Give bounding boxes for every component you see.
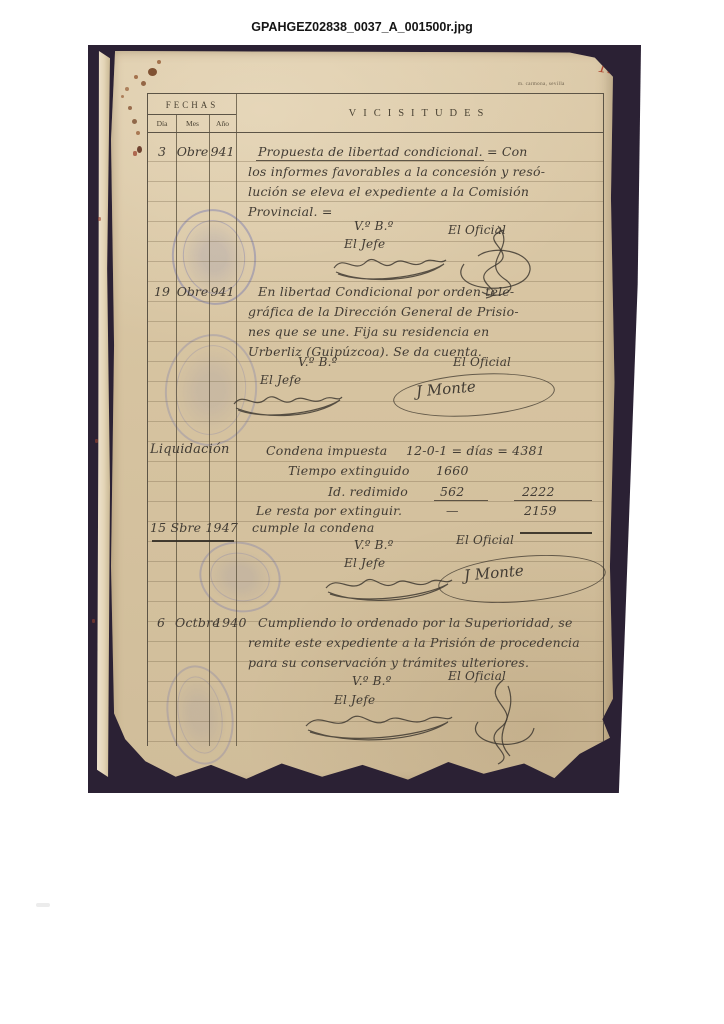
liq-total: 2159: [524, 501, 557, 521]
entry4-vb: V.º B.º: [352, 671, 392, 691]
entry2-dia: 19: [148, 282, 176, 302]
red-speck: [98, 217, 101, 221]
header-ano: Año: [209, 114, 236, 132]
signature-rubric: [228, 386, 348, 420]
entry1-dia: 3: [148, 142, 176, 162]
stain-dot: [157, 60, 161, 64]
stain-dot: [125, 87, 129, 91]
entry3-fecha: 15 Sbre 1947: [150, 518, 238, 538]
printer-mark: m. carmona, sevilla: [518, 82, 565, 87]
header-fechas: FECHAS: [148, 94, 236, 114]
entry2-line: gráfica de la Dirección General de Prisi…: [248, 302, 600, 322]
entry2-text: En libertad Condicional por orden tele- …: [248, 282, 600, 362]
liq-valor: 1660: [436, 461, 469, 481]
entry3-oficial: El Oficial: [456, 530, 514, 550]
stain-dot: [121, 95, 124, 98]
image-filename: GPAHGEZ02838_0037_A_001500r.jpg: [0, 20, 724, 34]
scanned-document: m. carmona, sevilla: [88, 45, 641, 793]
adjacent-page-edge: [97, 51, 110, 777]
vicisitudes-table: FECHAS VICISITUDES Día Mes Año 3 Obre 94…: [147, 93, 604, 746]
liq-valor: 562: [440, 482, 464, 502]
entry3-vb: V.º B.º: [354, 535, 394, 555]
red-speck: [92, 619, 95, 623]
column-divider: [176, 114, 177, 746]
entry2-vb: V.º B.º: [298, 352, 338, 372]
entry1-mes: Obre: [176, 142, 209, 162]
liq-total: 2222: [522, 482, 555, 502]
signature-rubric: [318, 568, 458, 604]
entry2-mes: Obre: [176, 282, 209, 302]
liq-concepto: Id. redimido: [328, 482, 408, 502]
entry1-line: Propuesta de libertad condicional. = Con: [248, 142, 600, 162]
entry2-line: En libertad Condicional por orden tele-: [248, 282, 600, 302]
stain-dot: [128, 106, 132, 110]
column-divider: [209, 114, 210, 746]
ink-stroke: [152, 540, 234, 542]
liq-valor: —: [446, 501, 459, 521]
red-speck: [133, 151, 137, 156]
entry1-line: lución se eleva el expediente a la Comis…: [248, 182, 600, 202]
entry2-line: nes que se une. Fija su residencia en: [248, 322, 600, 342]
signature-rubric: [298, 704, 458, 744]
entry1-vb: V.º B.º: [354, 216, 394, 236]
underline: [256, 160, 484, 161]
column-divider: [236, 94, 237, 746]
header-vicisitudes: VICISITUDES: [236, 94, 603, 132]
folio-number: 15: [597, 58, 618, 78]
signature-flourish: [448, 676, 548, 771]
entry4-line: Cumpliendo lo ordenado por la Superiorid…: [248, 613, 600, 633]
stain-dot: [134, 75, 138, 79]
document-paper: m. carmona, sevilla: [110, 51, 615, 787]
liq-valor: 12-0-1 = días = 4381: [406, 441, 545, 461]
scan-artifact: [36, 903, 50, 907]
viewer-page: GPAHGEZ02838_0037_A_001500r.jpg m. carmo…: [0, 0, 724, 1024]
header-mes: Mes: [176, 114, 209, 132]
entry4-dia: 6: [148, 613, 174, 633]
entry4-line: para su conservación y trámites ulterior…: [248, 653, 600, 673]
stain-dot: [148, 68, 157, 76]
entry2-ano: 941: [209, 282, 236, 302]
liquidacion-label: Liquidación: [150, 440, 230, 460]
entry1-line: los informes favorables a la concesión y…: [248, 162, 600, 182]
entry2-oficial: El Oficial: [453, 352, 511, 372]
red-speck: [95, 439, 98, 443]
entry4-ano: 1940: [214, 613, 247, 633]
underline: [434, 500, 488, 501]
liq-concepto: Condena impuesta: [266, 441, 387, 461]
header-dia: Día: [148, 114, 176, 132]
stain-dot: [136, 131, 140, 135]
entry4-text: Cumpliendo lo ordenado por la Superiorid…: [248, 613, 600, 673]
entry1-line: Provincial. =: [248, 202, 600, 222]
header-divider: [148, 132, 603, 133]
liq-concepto: Tiempo extinguido: [288, 461, 410, 481]
ink-stroke: [520, 532, 592, 534]
stain-dot: [141, 81, 146, 86]
entry1-text: Propuesta de libertad condicional. = Con…: [248, 142, 600, 222]
entry1-ano: 941: [209, 142, 236, 162]
stain-dot: [137, 146, 142, 153]
stain-dot: [132, 119, 137, 124]
entry4-line: remite este expediente a la Prisión de p…: [248, 633, 600, 653]
